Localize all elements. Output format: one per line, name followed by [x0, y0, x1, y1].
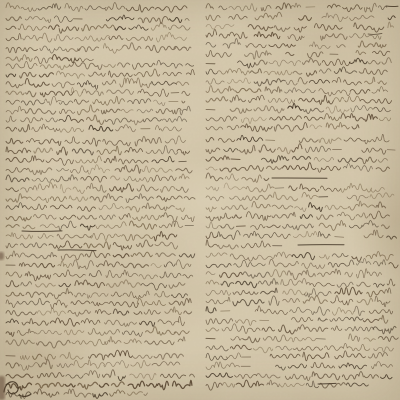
handwriting-svg	[0, 0, 400, 400]
overline-mark	[318, 383, 336, 384]
manuscript-page	[0, 0, 400, 400]
dash-mark	[386, 6, 398, 7]
strike-mark	[22, 231, 62, 232]
smudge-mark	[0, 376, 5, 400]
smudge-mark	[0, 252, 4, 260]
